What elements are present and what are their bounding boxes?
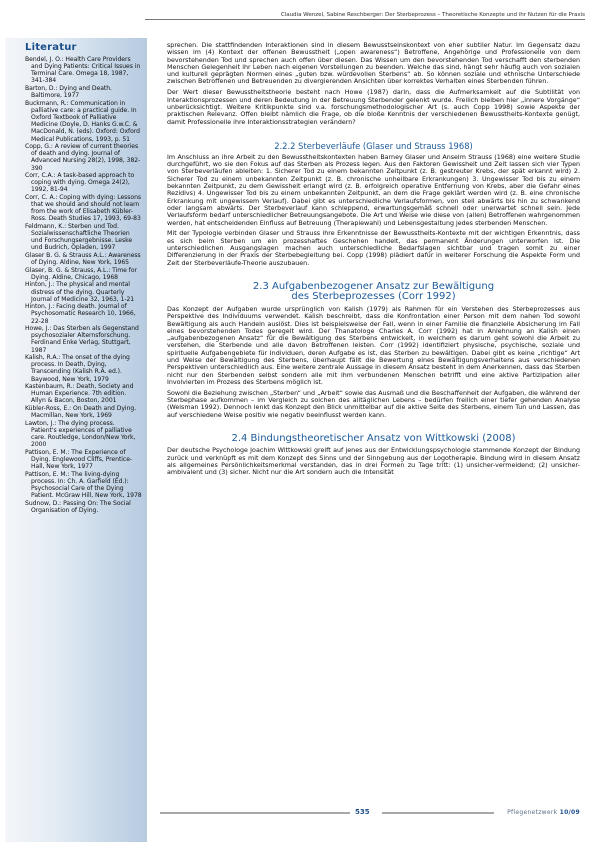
reference-item: Feldmann, K.: Sterben und Tod. Sozialwis… <box>25 223 142 252</box>
reference-item: Pattison, E. M.: The Experience of Dying… <box>25 449 142 470</box>
references-list: Literatur Bendel, J. O.: Health Care Pro… <box>25 42 142 514</box>
page-number: 535 <box>355 808 370 816</box>
footer-rule-left <box>160 812 350 814</box>
reference-item: Glaser B. G. & Strauss A.L.: Awareness o… <box>25 252 142 266</box>
issue-number: 10/09 <box>560 809 580 816</box>
page-footer: 535 Pflegenetzwerk 10/09 <box>160 808 580 818</box>
reference-item: Barton, D.: Dying and Death. Baltimore, … <box>25 85 142 99</box>
reference-item: Copp, G.: A review of current theories o… <box>25 143 142 172</box>
reference-item: Hinton, J.: Facing death. Journal of Psy… <box>25 303 142 324</box>
reference-item: Corr, C. A.: Coping with dying: Lessons … <box>25 194 142 223</box>
reference-item: Buckmann, R.: Communication in palliativ… <box>25 100 142 143</box>
literature-title: Literatur <box>25 42 142 53</box>
reference-item: Kastenbaum, R.: Death, Society and Human… <box>25 383 142 404</box>
paragraph: Der Wert dieser Bewusstheitstheorie best… <box>167 89 580 125</box>
reference-item: Pattison, E. M.: The living-dying proces… <box>25 471 142 500</box>
footer-rule-right <box>382 812 494 814</box>
heading-line: des Sterbeprozesses (Corr 1992) <box>167 292 580 303</box>
reference-item: Bendel, J. O.: Health Care Providers and… <box>25 56 142 85</box>
reference-item: Sudnow, D.: Passing On: The Social Organ… <box>25 500 142 514</box>
journal-issue: Pflegenetzwerk 10/09 <box>507 809 580 816</box>
running-head: Claudia Wenzel, Sabine Reschberger: Der … <box>145 12 585 20</box>
section-heading-2-3: 2.3 Aufgabenbezogener Ansatz zur Bewälti… <box>167 282 580 303</box>
reference-item: Lawton, J.: The dying process. Patient's… <box>25 420 142 449</box>
paragraph: Das Konzept der Aufgaben wurde ursprüngl… <box>167 306 580 386</box>
paragraph: Im Anschluss an ihre Arbeit zu den Bewus… <box>167 154 580 227</box>
article-body: sprechen. Die stattfindenden Interaktion… <box>167 42 580 480</box>
paragraph: Mit der Typologie verbinden Glaser und S… <box>167 230 580 266</box>
reference-item: Glaser, B. G. & Strauss, A.L.: Time for … <box>25 267 142 281</box>
reference-item: Howe, J.: Das Sterben als Gegenstand psy… <box>25 325 142 354</box>
paragraph: sprechen. Die stattfindenden Interaktion… <box>167 42 580 86</box>
reference-item: Hinton, J.: The physical and mental dist… <box>25 281 142 302</box>
section-heading-2-4: 2.4 Bindungstheoretischer Ansatz von Wit… <box>167 434 580 445</box>
subsection-heading-2-2-2: 2.2.2 Sterbeverläufe (Glaser und Strauss… <box>167 142 580 151</box>
journal-name: Pflegenetzwerk <box>507 809 557 816</box>
paragraph: Der deutsche Psychologe Joachim Wittkows… <box>167 447 580 476</box>
reference-item: Kalish, R.A.: The onset of the dying pro… <box>25 354 142 383</box>
reference-item: Corr, C.A.: A task-based approach to cop… <box>25 172 142 193</box>
paragraph: Sowohl die Beziehung zwischen „Sterben“ … <box>167 390 580 419</box>
reference-item: Kübler-Ross, E.: On Death and Dying. Mac… <box>25 405 142 419</box>
literature-sidebar: Literatur Bendel, J. O.: Health Care Pro… <box>5 38 147 842</box>
